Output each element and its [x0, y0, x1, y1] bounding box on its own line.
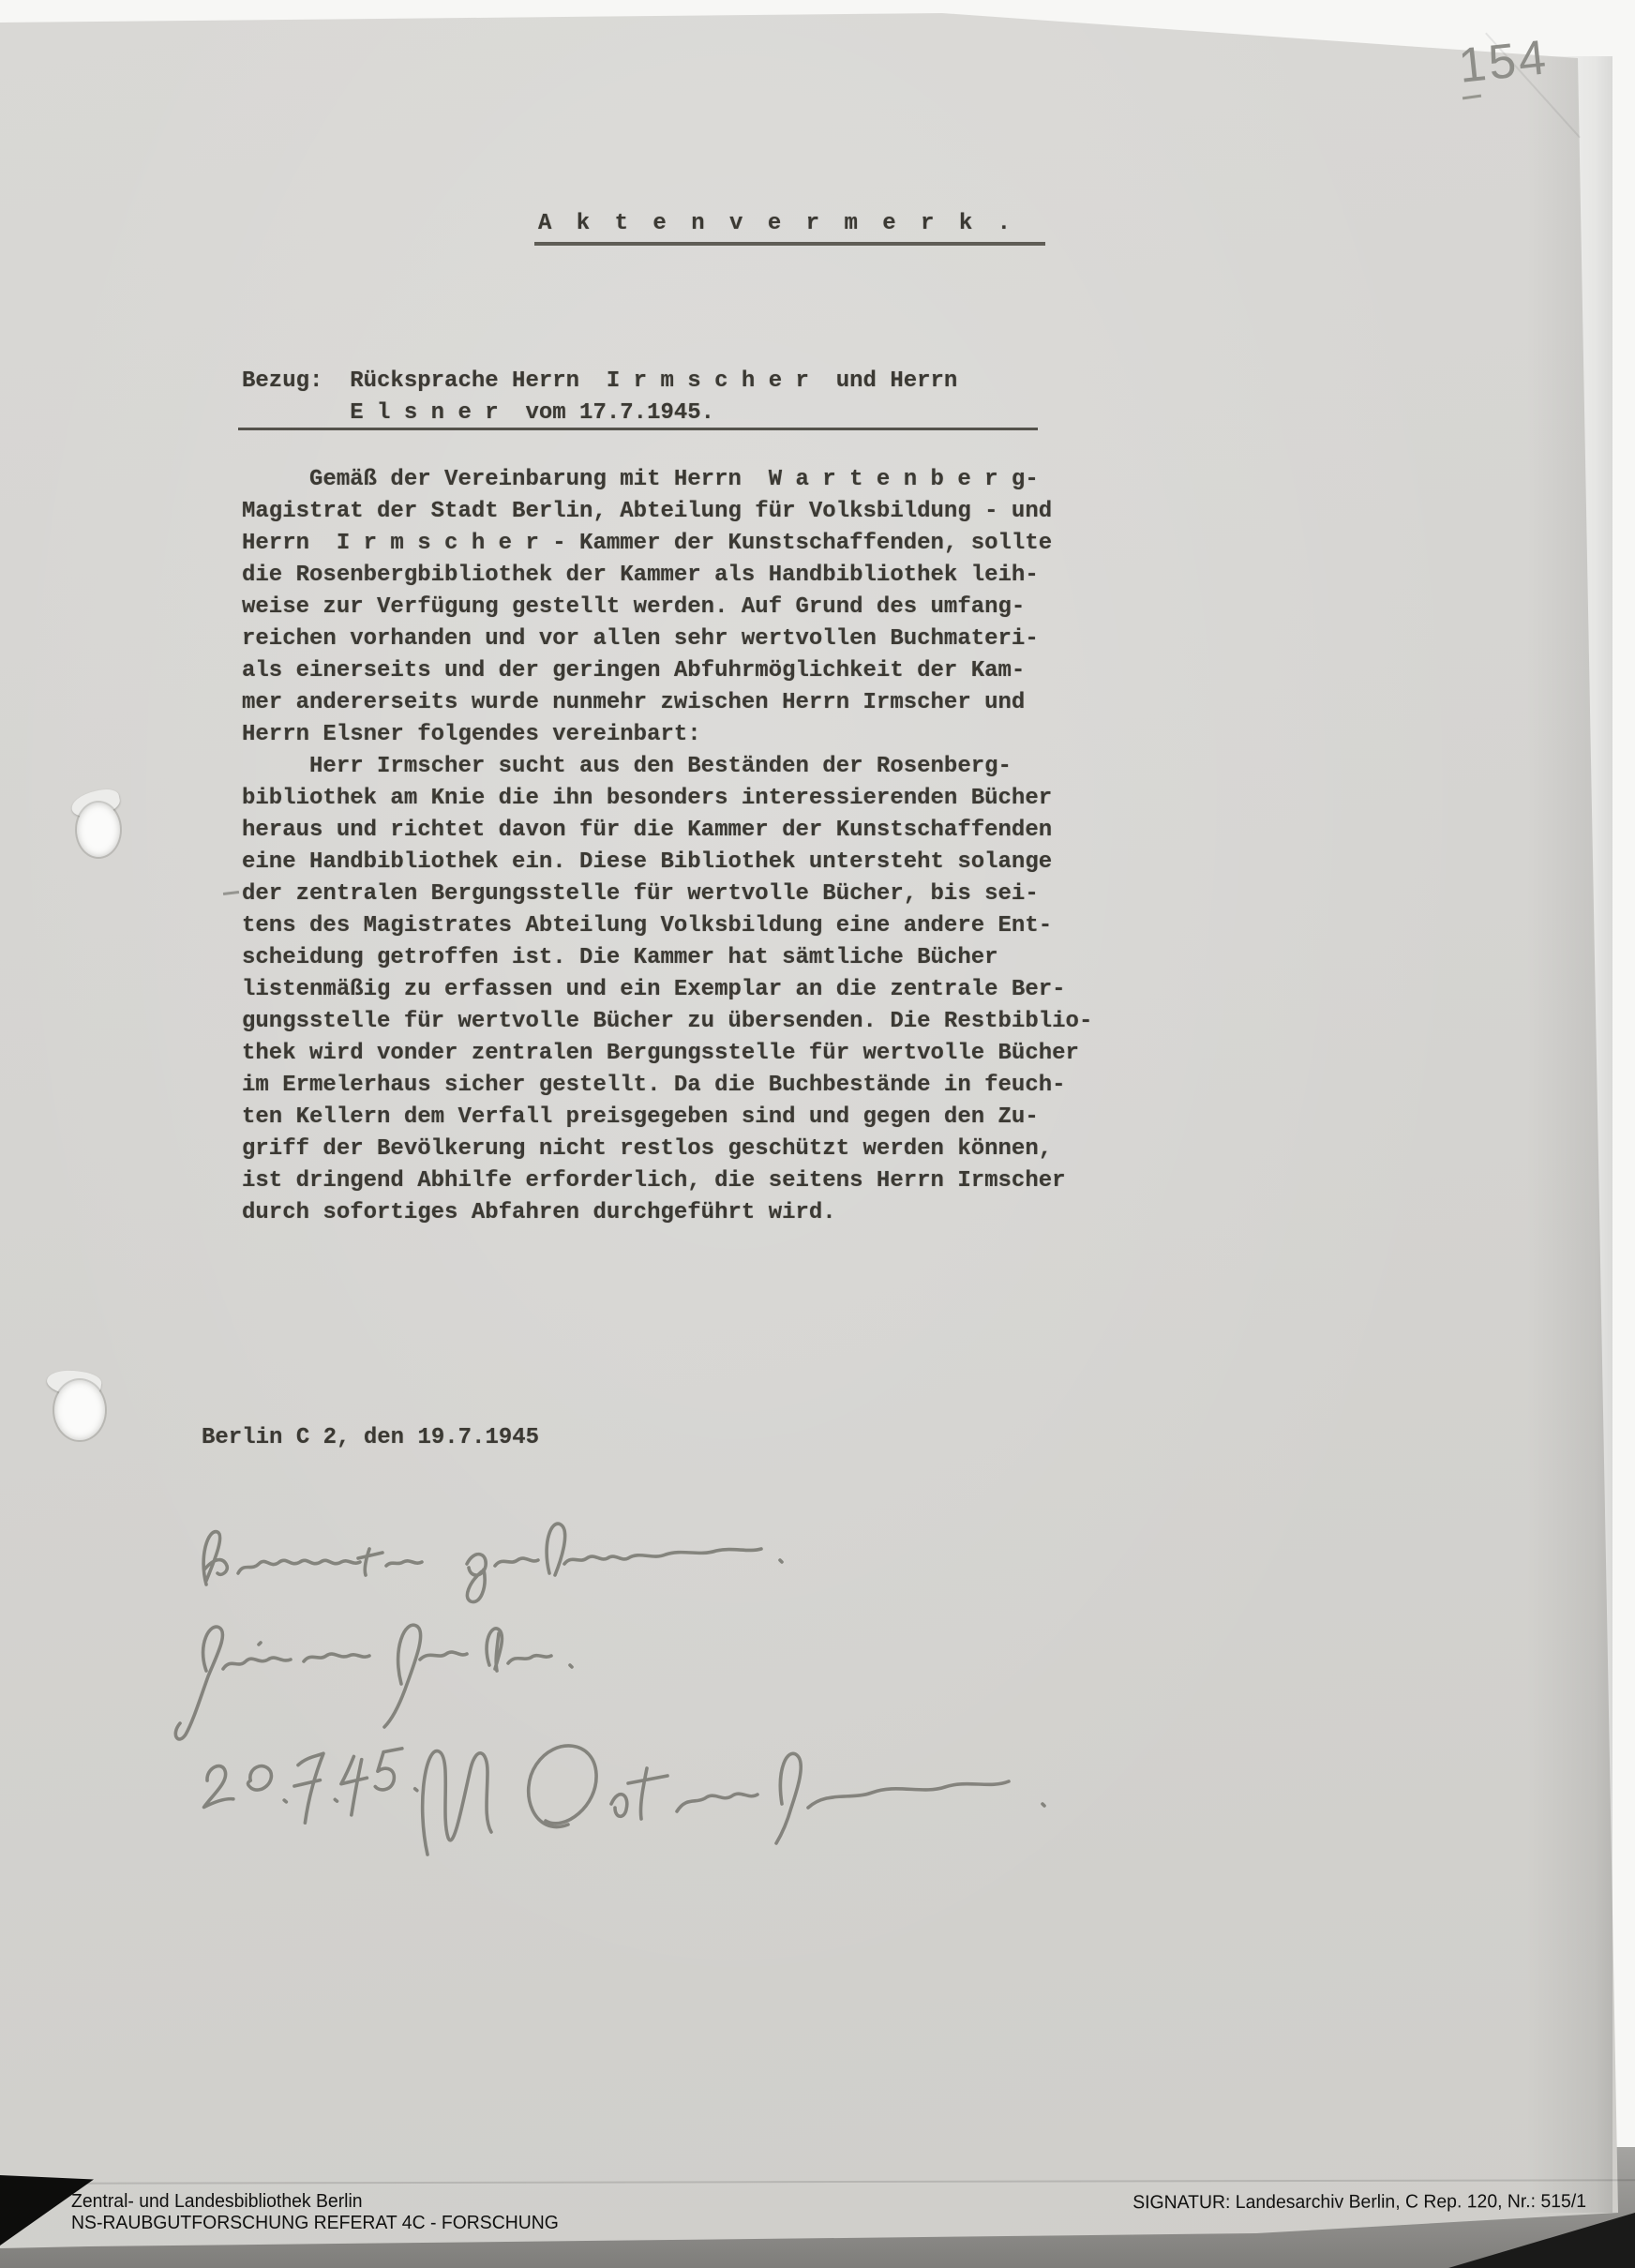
body-text-line: der zentralen Bergungsstelle für wertvol… [242, 879, 1092, 910]
body-text-line: mer andererseits wurde nunmehr zwischen … [242, 687, 1092, 719]
place-date-line: Berlin C 2, den 19.7.1945 [202, 1422, 539, 1454]
reference-line-2: E l s n e r vom 17.7.1945. [242, 398, 714, 429]
body-text-line: tens des Magistrates Abteilung Volksbild… [242, 910, 1092, 942]
punch-hole [54, 1380, 105, 1440]
body-text-line: im Ermelerhaus sicher gestellt. Da die B… [242, 1070, 1092, 1102]
body-text-line: reichen vorhanden und vor allen sehr wer… [242, 623, 1092, 655]
body-text-line: bibliothek am Knie die ihn besonders int… [242, 783, 1092, 815]
body-text-line: scheidung getroffen ist. Die Kammer hat … [242, 942, 1092, 974]
body-text-line: Herr Irmscher sucht aus den Beständen de… [242, 751, 1092, 783]
body-text-line: ist dringend Abhilfe erforderlich, die s… [242, 1165, 1092, 1197]
body-text-line: Herrn Elsner folgendes vereinbart: [242, 719, 1092, 751]
body-text-line: Magistrat der Stadt Berlin, Abteilung fü… [242, 496, 1092, 528]
title-underline [534, 242, 1045, 246]
body-text-line: ten Kellern dem Verfall preisgegeben sin… [242, 1102, 1092, 1134]
body-text-line: die Rosenbergbibliothek der Kammer als H… [242, 560, 1092, 592]
punch-hole [77, 803, 120, 857]
handwritten-signature [403, 1714, 1078, 1892]
body-text-line: heraus und richtet davon für die Kammer … [242, 815, 1092, 847]
handwritten-note-kenntnis-genommen [186, 1511, 804, 1605]
body-text-line: thek wird vonder zentralen Bergungsstell… [242, 1038, 1092, 1070]
document-title: A k t e n v e r m e r k . [538, 208, 1016, 240]
handwritten-page-number: 154 [1456, 29, 1552, 95]
scanned-document-page: 154 A k t e n v e r m e r k . Bezug: Rüc… [0, 0, 1635, 2268]
body-text-line: Gemäß der Vereinbarung mit Herrn W a r t… [242, 464, 1092, 496]
body-text-line: als einerseits und der geringen Abfuhrmö… [242, 655, 1092, 687]
body-text: Gemäß der Vereinbarung mit Herrn W a r t… [242, 464, 1092, 1229]
footer-institution-stamp: Zentral- und Landesbibliothek Berlin NS-… [71, 2191, 559, 2234]
body-text-line: weise zur Verfügung gestellt werden. Auf… [242, 592, 1092, 623]
reference-line-1: Bezug: Rücksprache Herrn I r m s c h e r… [242, 366, 957, 398]
footer-signatur-stamp: SIGNATUR: Landesarchiv Berlin, C Rep. 12… [909, 2191, 1586, 2215]
body-text-line: griff der Bevölkerung nicht restlos gesc… [242, 1134, 1092, 1165]
handwritten-date [179, 1722, 431, 1851]
reference-underline [238, 428, 1038, 430]
body-text-line: listenmäßig zu erfassen und ein Exemplar… [242, 974, 1092, 1006]
body-text-line: gungsstelle für wertvolle Bücher zu über… [242, 1006, 1092, 1038]
body-text-line: eine Handbibliothek ein. Diese Bibliothe… [242, 847, 1092, 879]
footer-institution-line1: Zentral- und Landesbibliothek Berlin [71, 2191, 559, 2213]
paper-edge-shadow [1526, 56, 1612, 2213]
footer-institution-line2: NS-RAUBGUTFORSCHUNG REFERAT 4C - FORSCHU… [71, 2213, 559, 2234]
body-text-line: Herrn I r m s c h e r - Kammer der Kunst… [242, 528, 1092, 560]
body-text-line: durch sofortiges Abfahren durchgeführt w… [242, 1197, 1092, 1229]
